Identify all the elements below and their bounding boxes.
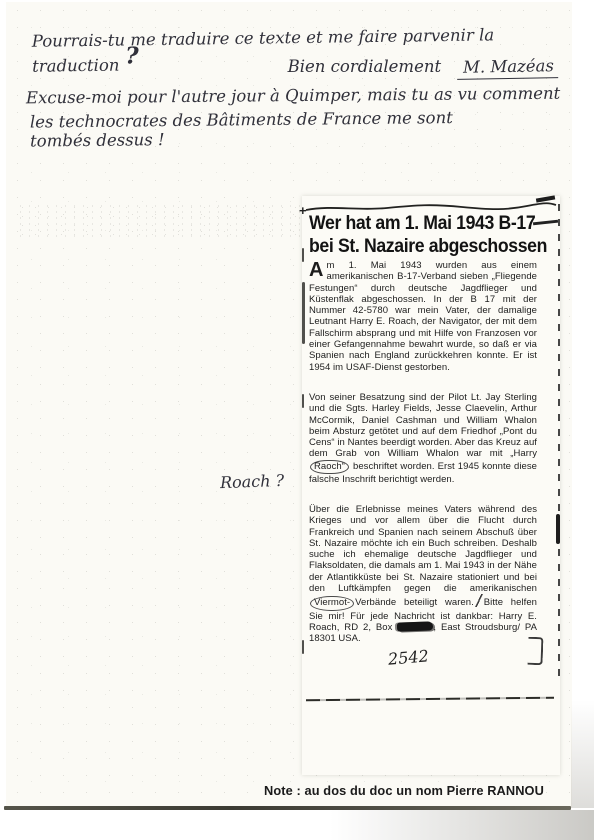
clipping-right-edge-blotch	[556, 514, 560, 544]
handwritten-excuse-line-1: Excuse-moi pour l'autre jour à Quimper, …	[26, 84, 571, 108]
clipping-left-edge-mark	[302, 640, 304, 654]
clipping-left-edge-mark	[302, 282, 305, 344]
paragraph-3-text-2: Verbände beteiligt waren.	[355, 597, 474, 608]
pen-circled-raoch: Raoch“	[310, 460, 349, 474]
handwritten-excuse-line-2: les technocrates des Bâtiments de France…	[30, 107, 510, 150]
headline-line-2: bei St. Nazaire abgeschossen	[309, 236, 547, 257]
clipping-paragraph-2: Von seiner Besatzung sind der Pilot Lt. …	[309, 392, 537, 485]
clipping-headline: Wer hat am 1. Mai 1943 B-17 bei St. Naza…	[309, 213, 542, 258]
clipping-paragraph-3: Über die Erlebnisse meines Vaters währen…	[309, 504, 537, 645]
paper-sheet: Pourrais-tu me traduire ce texte et me f…	[6, 2, 572, 808]
paragraph-1-text: m 1. Mai 1943 wurden aus einem amerikani…	[309, 260, 537, 373]
dropcap-letter: A	[309, 260, 327, 279]
footer-note: Note : au dos du doc un nom Pierre RANNO…	[264, 783, 544, 798]
pen-slash-mark	[475, 594, 483, 607]
pen-plus-mark: +	[299, 203, 307, 218]
clipping-right-edge-marks	[558, 204, 561, 678]
handwritten-closing-line: Bien cordialementM. Mazéas	[6, 57, 558, 79]
scribbled-out-box-number	[397, 621, 433, 631]
scan-shadow-right	[571, 700, 594, 808]
clipping-left-edge-mark	[302, 248, 304, 262]
headline-line-1: Wer hat am 1. Mai 1943 B-17	[309, 213, 535, 234]
scan-noise-band	[16, 203, 308, 237]
clipping-left-edge-mark	[302, 394, 304, 408]
pen-circled-viermot: Viermot-	[310, 596, 354, 610]
handwritten-box-number: 2542	[387, 646, 429, 668]
closing-text: Bien cordialement	[288, 57, 442, 76]
pen-bracket-mark	[528, 637, 544, 666]
paragraph-2-text: Von seiner Besatzung sind der Pilot Lt. …	[309, 392, 537, 459]
clipping-bottom-rule	[306, 697, 554, 702]
scanned-page: Pourrais-tu me traduire ce texte et me f…	[0, 0, 594, 840]
clipping-paragraph-1: Am 1. Mai 1943 wurden aus einem amerikan…	[309, 260, 537, 373]
newspaper-clipping: + Wer hat am 1. Mai 1943 B-17 bei St. Na…	[302, 196, 560, 775]
torn-edge-line	[302, 201, 558, 213]
margin-annotation-roach: Roach ?	[220, 471, 285, 492]
signature: M. Mazéas	[457, 56, 558, 80]
scan-shadow-bottom	[330, 810, 594, 840]
paragraph-3-text: Über die Erlebnisse meines Vaters währen…	[309, 504, 537, 594]
